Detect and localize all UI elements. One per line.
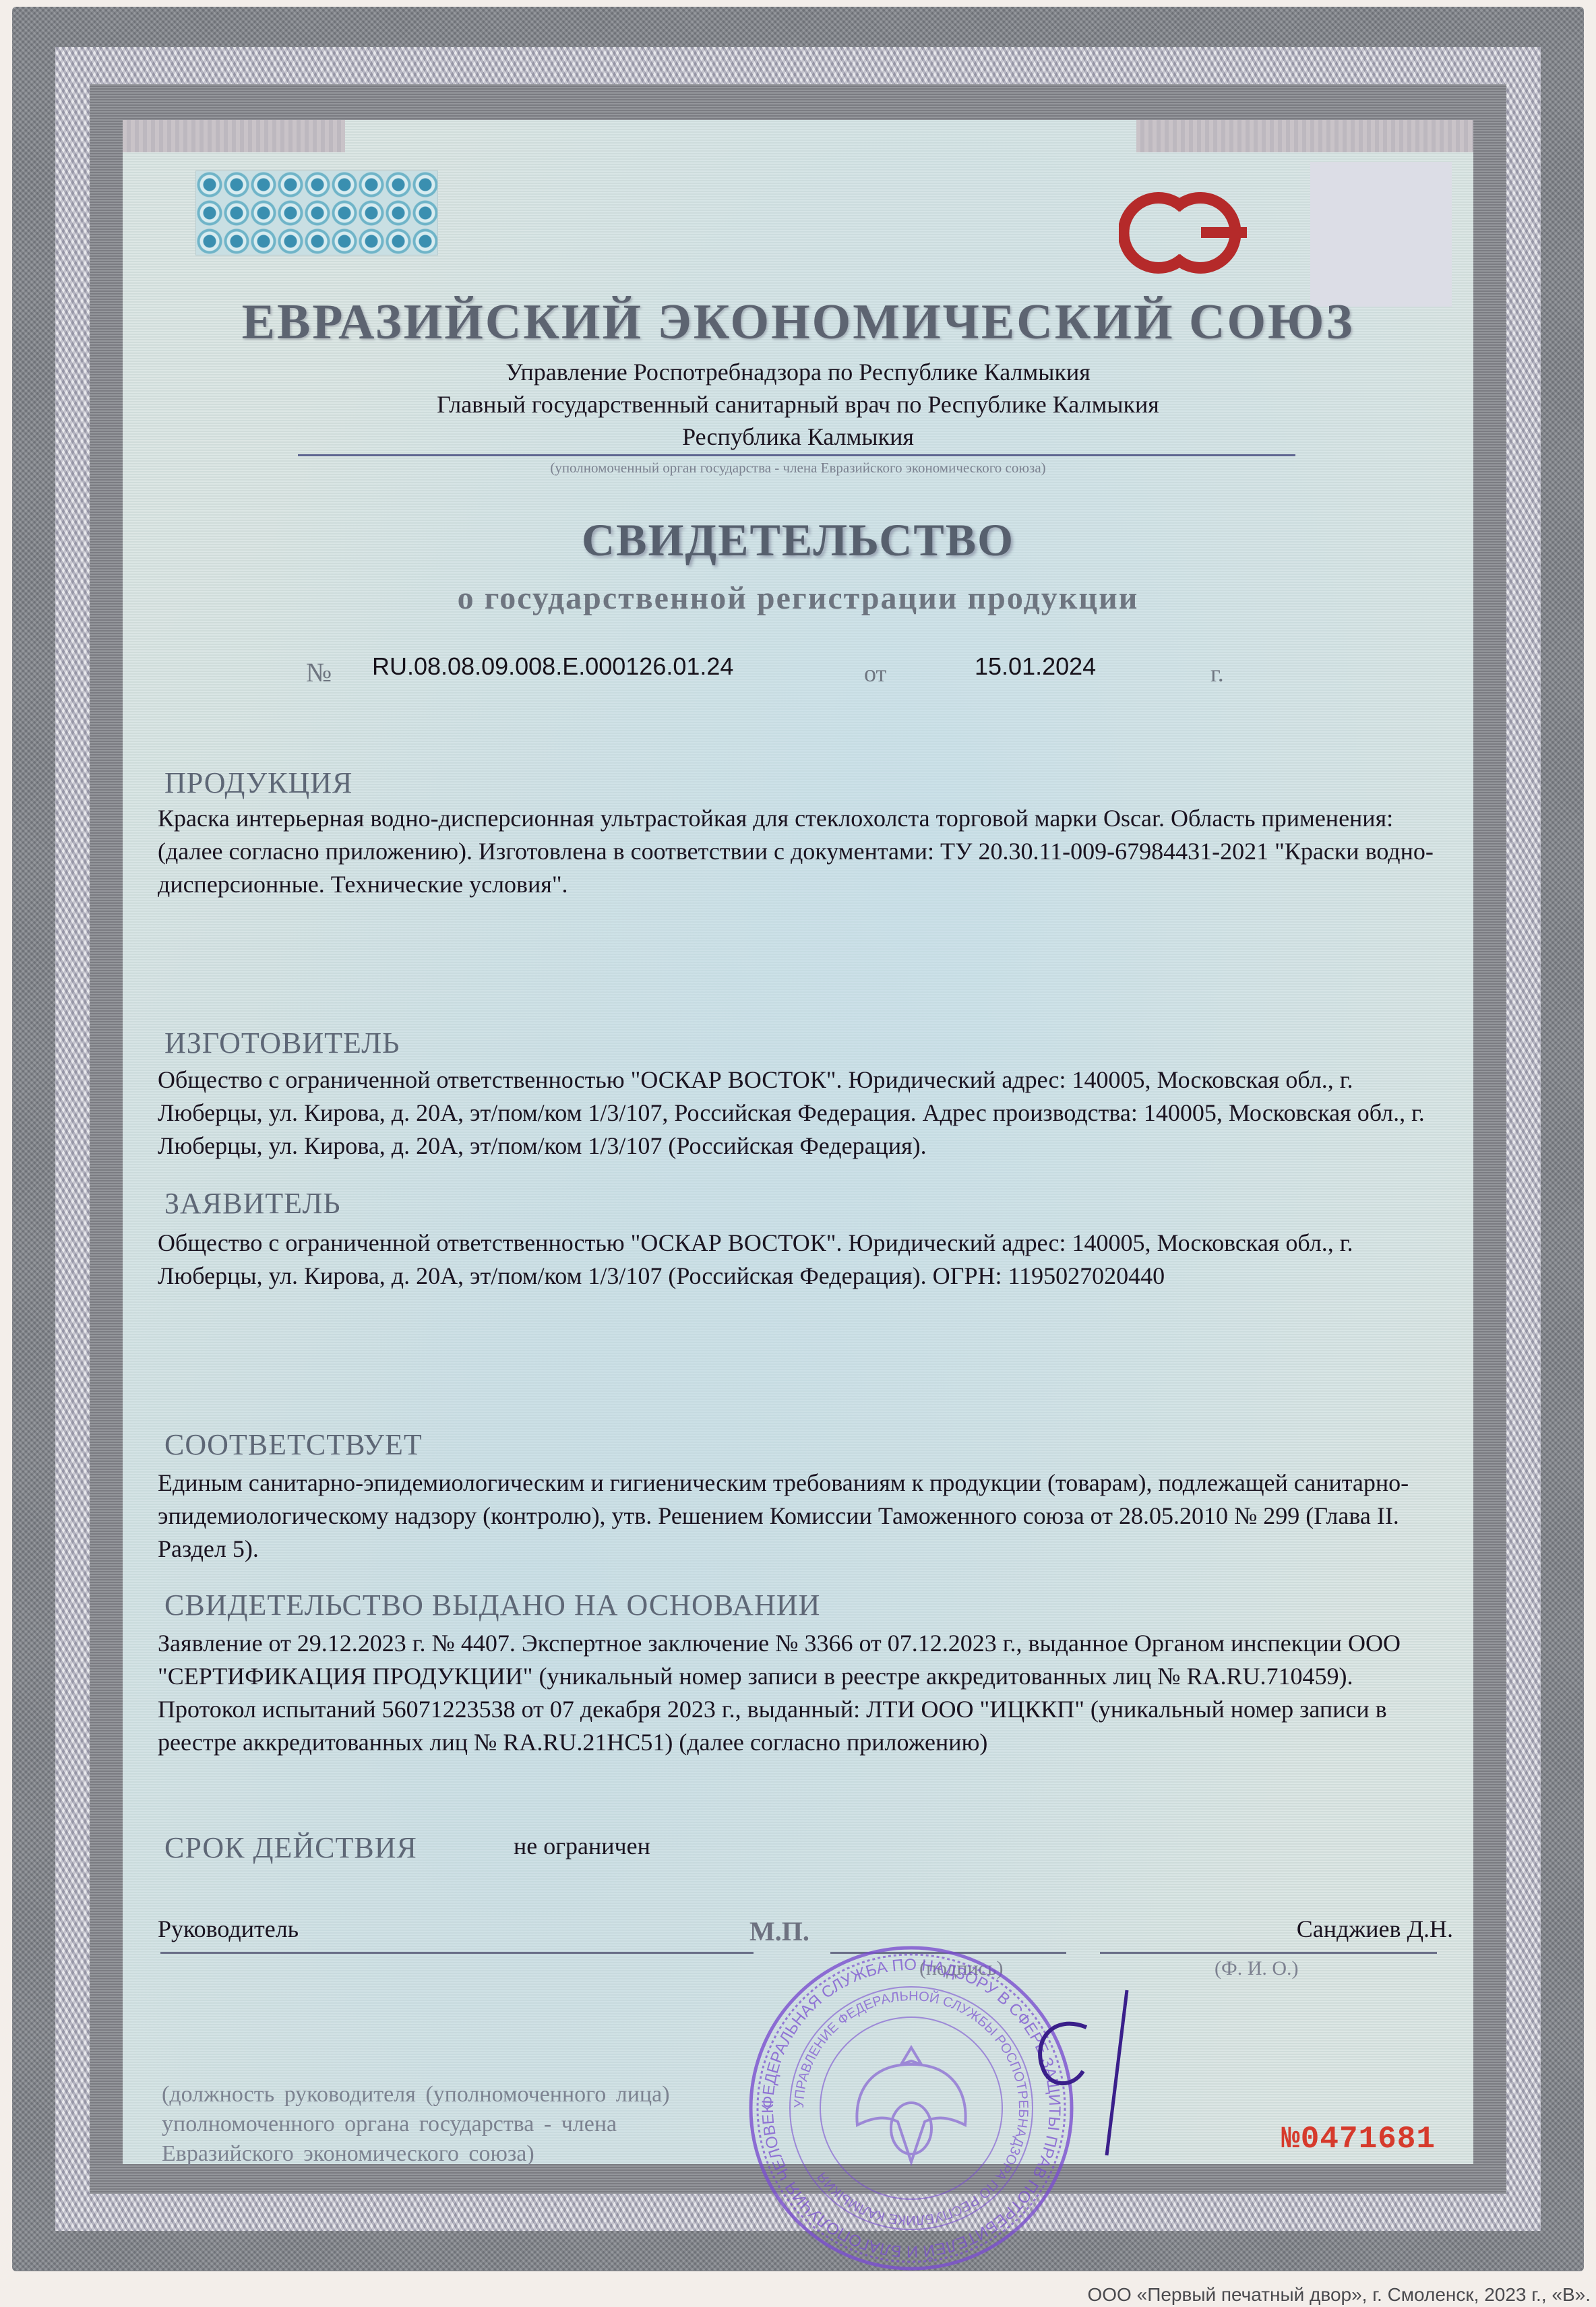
certificate-date: 15.01.2024 [975,652,1096,681]
certificate-number-row: № RU.08.08.09.008.E.000126.01.24 от 15.0… [123,652,1473,693]
position-caption: (должность руководителя (уполномоченного… [162,2080,755,2169]
manufacturer-text: Общество с ограниченной ответственностью… [158,1064,1452,1163]
product-heading: ПРОДУКЦИЯ [164,766,352,800]
issuer-line: Республика Калмыкия [123,421,1473,453]
name-line [1100,1952,1437,1954]
issuer-line: Главный государственный санитарный врач … [123,388,1473,421]
printer-imprint: ООО «Первый печатный двор», г. Смоленск,… [1088,2284,1591,2306]
hologram-icon [195,171,438,255]
validity-value: не ограничен [514,1832,650,1860]
conforms-text: Единым санитарно-эпидемиологическим и ги… [158,1467,1452,1566]
blank-box [1310,162,1452,307]
union-title: ЕВРАЗИЙСКИЙ ЭКОНОМИЧЕСКИЙ СОЮЗ [123,294,1473,351]
stamp-inner-text: УПРАВЛЕНИЕ ФЕДЕРАЛЬНОЙ СЛУЖБЫ РОСПОТРЕБН… [792,1989,1031,2227]
issuer-line: Управление Роспотребнадзора по Республик… [123,356,1473,388]
divider [298,454,1295,456]
conforms-heading: СООТВЕТСТВУЕТ [164,1427,423,1462]
certificate-title: СВИДЕТЕЛЬСТВО [123,514,1473,567]
issuer-caption: (уполномоченный орган государства - член… [123,460,1473,476]
top-strip [123,120,345,152]
basis-heading: СВИДЕТЕЛЬСТВО ВЫДАНО НА ОСНОВАНИИ [164,1588,820,1622]
signer-name: Санджиев Д.Н. [1297,1913,1453,1946]
position-label: Руководитель [158,1913,299,1946]
number-sign: № [306,656,332,688]
applicant-heading: ЗАЯВИТЕЛЬ [164,1186,341,1221]
basis-text: Заявление от 29.12.2023 г. № 4407. Экспе… [158,1627,1452,1759]
signature-line [160,1952,754,1954]
manufacturer-heading: ИЗГОТОВИТЕЛЬ [164,1026,400,1060]
eac-logo-icon [1119,187,1264,278]
certificate-subtitle: о государственной регистрации продукции [123,580,1473,617]
year-suffix: г. [1210,659,1224,687]
certificate-paper: ЕВРАЗИЙСКИЙ ЭКОНОМИЧЕСКИЙ СОЮЗ Управлени… [123,120,1473,2164]
applicant-text: Общество с ограниченной ответственностью… [158,1227,1452,1293]
product-text: Краска интерьерная водно-дисперсионная у… [158,802,1452,901]
validity-heading: СРОК ДЕЙСТВИЯ [164,1831,417,1865]
form-serial-number: №0471681 [1281,2122,1436,2157]
name-caption: (Ф. И. О.) [1215,1957,1299,1980]
top-strip [1136,120,1473,152]
signature-icon [1026,1987,1140,2162]
certificate-number: RU.08.08.09.008.E.000126.01.24 [372,652,733,681]
svg-text:УПРАВЛЕНИЕ ФЕДЕРАЛЬНОЙ СЛУЖБЫ: УПРАВЛЕНИЕ ФЕДЕРАЛЬНОЙ СЛУЖБЫ РОСПОТРЕБН… [792,1989,1031,2227]
from-label: от [864,659,886,687]
